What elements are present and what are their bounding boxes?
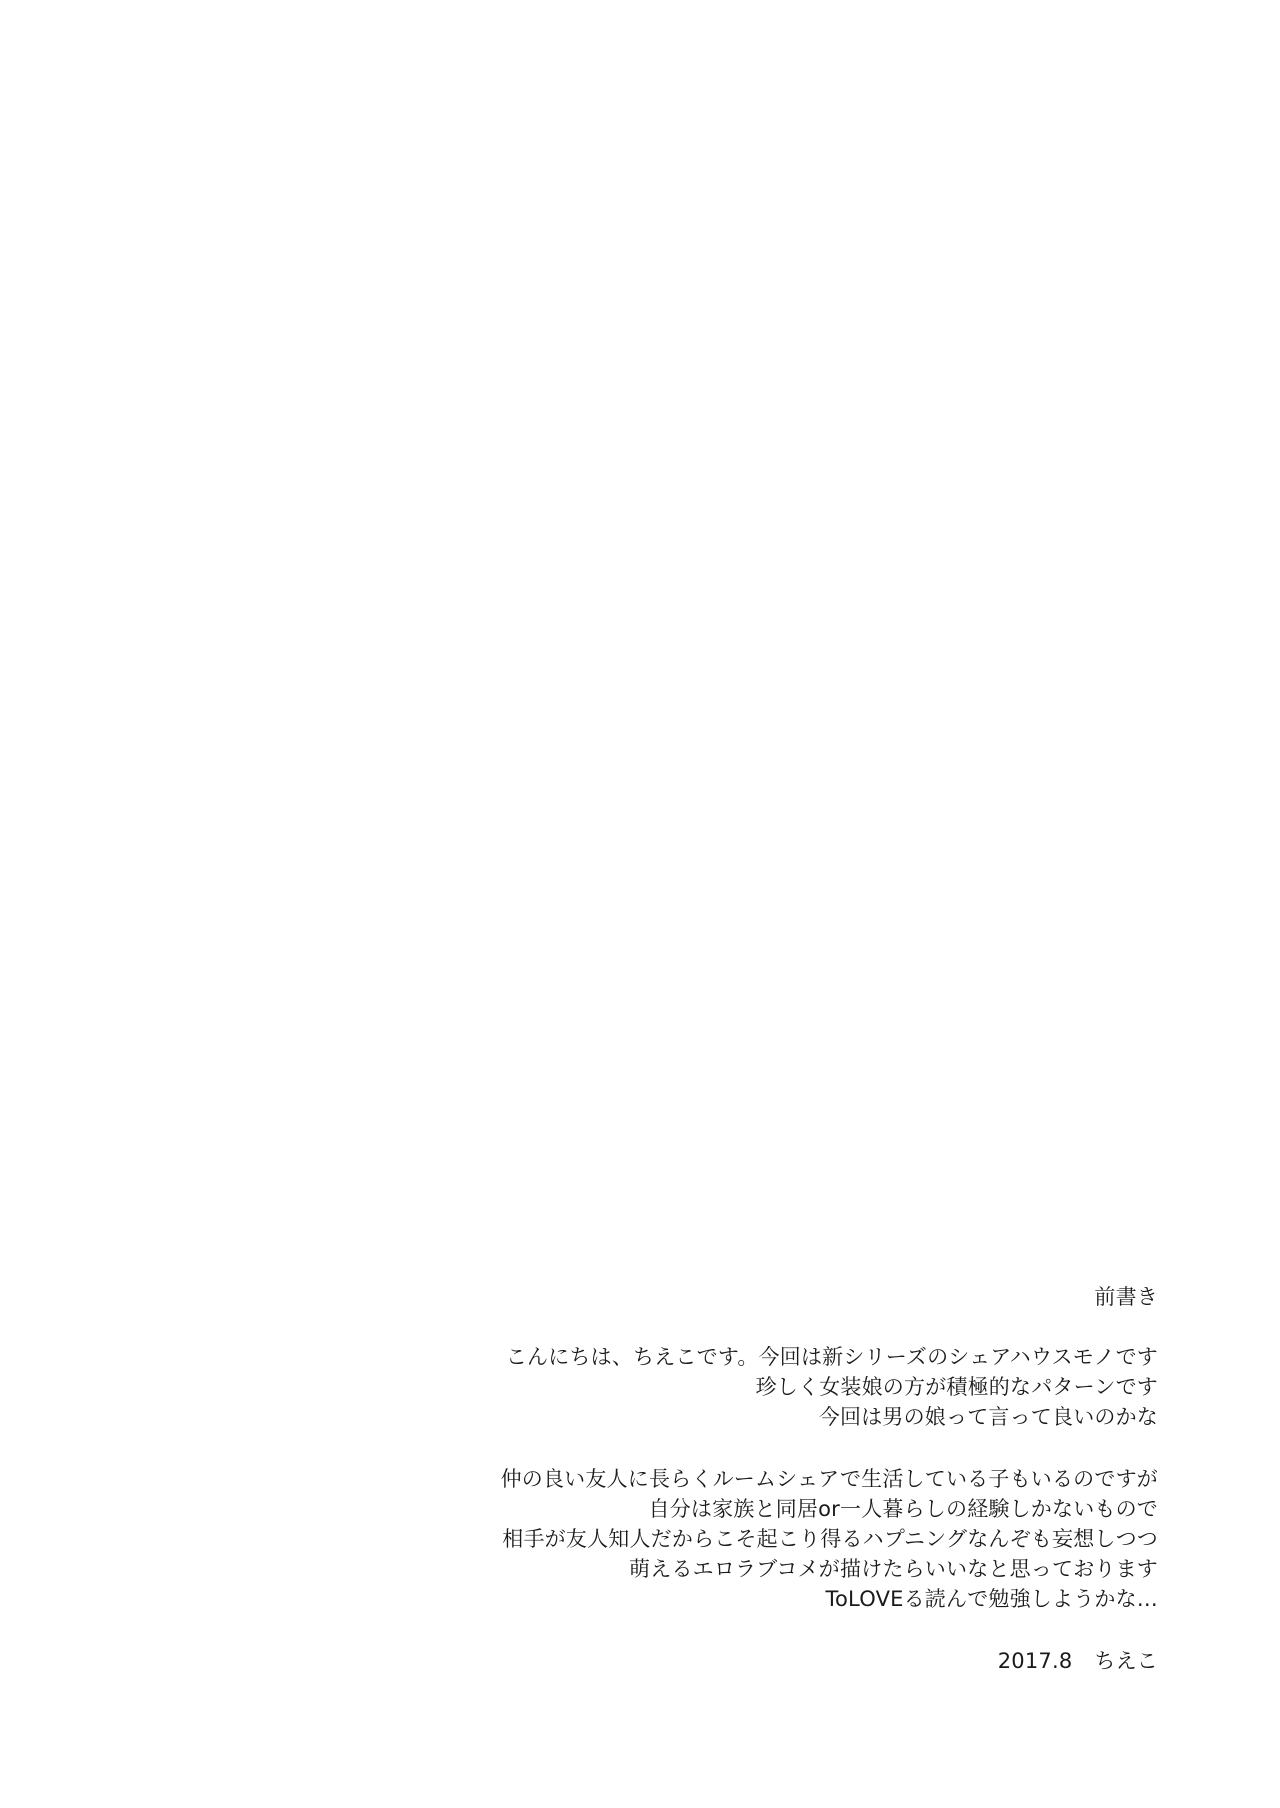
text-line: 今回は男の娘って言って良いのかな bbox=[501, 1402, 1158, 1432]
text-line: 珍しく女装娘の方が積極的なパターンです bbox=[501, 1372, 1158, 1402]
signature-author: ちえこ bbox=[1094, 1649, 1158, 1673]
signature: 2017.8ちえこ bbox=[501, 1646, 1158, 1676]
signature-date: 2017.8 bbox=[998, 1649, 1073, 1673]
paragraph-1: こんにちは、ちえこです。今回は新シリーズのシェアハウスモノです 珍しく女装娘の方… bbox=[501, 1342, 1158, 1432]
preface-heading: 前書き bbox=[501, 1282, 1158, 1312]
text-line: こんにちは、ちえこです。今回は新シリーズのシェアハウスモノです bbox=[501, 1342, 1158, 1372]
paragraph-2: 仲の良い友人に長らくルームシェアで生活している子もいるのですが 自分は家族と同居… bbox=[501, 1464, 1158, 1614]
text-line: 仲の良い友人に長らくルームシェアで生活している子もいるのですが bbox=[501, 1464, 1158, 1494]
preface-block: 前書き こんにちは、ちえこです。今回は新シリーズのシェアハウスモノです 珍しく女… bbox=[501, 1282, 1158, 1676]
text-line: 萌えるエロラブコメが描けたらいいなと思っております bbox=[501, 1554, 1158, 1584]
text-line: 自分は家族と同居or一人暮らしの経験しかないもので bbox=[501, 1494, 1158, 1524]
text-line: ToLOVEる読んで勉強しようかな… bbox=[501, 1584, 1158, 1614]
page: 前書き こんにちは、ちえこです。今回は新シリーズのシェアハウスモノです 珍しく女… bbox=[0, 0, 1280, 1808]
text-line: 相手が友人知人だからこそ起こり得るハプニングなんぞも妄想しつつ bbox=[501, 1524, 1158, 1554]
